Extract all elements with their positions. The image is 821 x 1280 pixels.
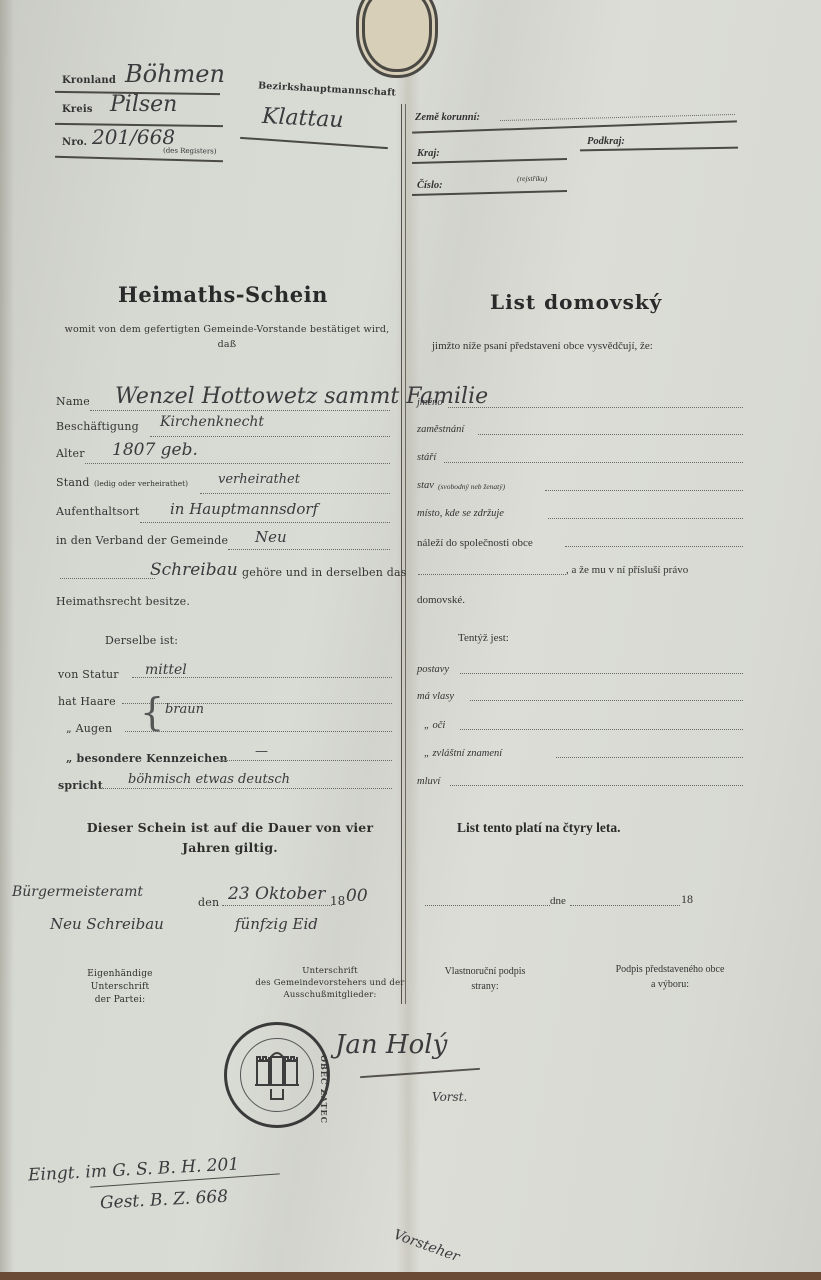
- residence-value: in Hauptmannsdorf: [170, 500, 318, 518]
- cz-mayor-label-line1: Podpis představeného obce: [595, 962, 745, 977]
- zamestnani-line: [478, 434, 743, 435]
- nro-value: 201/668: [92, 125, 175, 149]
- mluvi-line: [450, 785, 743, 786]
- jmeno-line: [448, 407, 743, 408]
- status-value: verheirathet: [218, 472, 300, 487]
- hair-label: hat Haare: [58, 695, 116, 708]
- speaks-label: spricht: [58, 779, 103, 792]
- czech-intro: jimžto níže psaní představení obce vysvě…: [432, 340, 653, 352]
- stamp-text: OBEC ZATEC: [319, 1055, 329, 1124]
- eyes-label: „ Augen: [66, 722, 112, 735]
- name-line: [90, 410, 390, 411]
- community-line: [228, 549, 390, 550]
- kronland-label: Kronland: [62, 75, 116, 86]
- znameni-line: [556, 757, 743, 758]
- marks-value: —: [255, 744, 268, 759]
- german-intro: womit von dem gefertigten Gemeinde-Vorst…: [62, 322, 392, 352]
- german-mayor-signature-label: Unterschrift des Gemeindevorstehers und …: [255, 965, 405, 1001]
- table-surface: [0, 1272, 821, 1280]
- stari-label: stáří: [417, 452, 436, 463]
- year-prefix: 18: [330, 894, 345, 908]
- occupation-label: Beschäftigung: [56, 420, 139, 433]
- brace-icon: {: [140, 690, 164, 734]
- stav-label: stav: [417, 480, 434, 491]
- cislo-suffix: (rejstříku): [517, 174, 547, 183]
- place-line-cz: [425, 905, 550, 906]
- stature-line: [132, 677, 392, 678]
- stature-label: von Statur: [58, 668, 119, 681]
- czech-party-signature-label: Vlastnoruční podpis strany:: [425, 964, 545, 994]
- nalezi-line: [565, 546, 743, 547]
- oci-label: „ oči: [424, 720, 445, 731]
- jmeno-label: jméno: [417, 397, 443, 408]
- castle-towers-svg: [251, 1047, 303, 1103]
- derselbe-ist: Derselbe ist:: [105, 634, 178, 647]
- mayor-label-line2: des Gemeindevorstehers und der: [255, 977, 405, 989]
- dne-line: [570, 905, 680, 906]
- speaks-line: [100, 788, 392, 789]
- german-title: Heimaths-Schein: [118, 282, 328, 307]
- continuation-text-cz: , a že mu v ní přísluší právo: [566, 564, 688, 576]
- age-value: 1807 geb.: [112, 440, 198, 460]
- paper-shadow: [0, 0, 14, 1274]
- cislo-label: Číslo:: [417, 180, 443, 191]
- eyes-line: [125, 731, 392, 732]
- age-line: [85, 463, 390, 464]
- status-label: Stand: [56, 476, 90, 489]
- mayor-label-line1: Unterschrift: [255, 965, 405, 977]
- nalezi-label: náleží do společnosti obce: [417, 537, 533, 549]
- misto-line: [548, 518, 743, 519]
- oci-line: [460, 729, 743, 730]
- marks-label: „ besondere Kennzeichen: [66, 752, 228, 765]
- community-value: Neu: [255, 528, 287, 546]
- place-line2-right: fünfzig Eid: [235, 915, 318, 933]
- mayor-label-line3: Ausschußmitglieder:: [255, 989, 405, 1001]
- german-validity: Dieser Schein ist auf die Dauer von vier…: [70, 818, 390, 858]
- place-line2-left: Neu Schreibau: [50, 915, 164, 933]
- mayor-title: Vorst.: [432, 1090, 467, 1104]
- place-value: Bürgermeisteramt: [12, 884, 143, 900]
- stav-line: [545, 490, 743, 491]
- status-label-note: (ledig oder verheirathet): [94, 479, 188, 488]
- municipal-stamp: OBEC ZATEC: [224, 1022, 330, 1128]
- kreis-label: Kreis: [62, 104, 93, 115]
- mayor-signature: Jan Holý: [335, 1030, 447, 1060]
- vlasy-line: [470, 700, 743, 701]
- stature-value: mittel: [145, 662, 187, 678]
- continuation-value: Schreibau: [150, 560, 238, 580]
- mluvi-label: mluví: [417, 776, 440, 787]
- residence-label: Aufenthaltsort: [56, 505, 139, 518]
- status-line: [200, 493, 390, 494]
- party-label-line1: Eigenhändige Unterschrift: [60, 968, 180, 994]
- kraj-label: Kraj:: [417, 148, 440, 159]
- residence-line: [140, 522, 390, 523]
- year-suffix: 00: [346, 886, 368, 906]
- stav-label-note: (svobodný neb ženatý): [438, 482, 505, 491]
- dne-label: dne: [550, 895, 566, 907]
- zamestnani-label: zaměstnání: [417, 424, 464, 435]
- paper-fold: [396, 0, 420, 1274]
- year-prefix-cz: 18: [681, 892, 693, 907]
- marks-line: [218, 760, 392, 761]
- nro-label: Nro.: [62, 137, 87, 148]
- hair-eyes-value: braun: [165, 702, 204, 717]
- podkraj-label: Podkraj:: [587, 136, 625, 147]
- occupation-value: Kirchenknecht: [160, 414, 264, 430]
- tentyz-jest: Tentýž jest:: [458, 632, 509, 644]
- continuation-line: [60, 578, 155, 579]
- date-value: 23 Oktober: [228, 884, 325, 904]
- stari-line: [444, 462, 743, 463]
- column-divider: [401, 104, 406, 1004]
- nro-suffix: (des Registers): [163, 147, 217, 156]
- czech-validity: List tento platí na čtyry leta.: [457, 820, 620, 836]
- age-label: Alter: [56, 447, 85, 460]
- name-label: Name: [56, 395, 90, 408]
- kreis-value: Pilsen: [110, 92, 177, 117]
- cz-party-label-line2: strany:: [425, 979, 545, 994]
- den-label: den: [198, 896, 219, 909]
- vlasy-label: má vlasy: [417, 691, 454, 702]
- speaks-value: böhmisch etwas deutsch: [128, 772, 290, 787]
- znameni-label: „ zvláštní znamení: [424, 748, 502, 759]
- domovske-text: domovské.: [417, 594, 465, 606]
- kronland-value: Böhmen: [125, 60, 225, 88]
- community-label: in den Verband der Gemeinde: [56, 534, 228, 547]
- czech-title: List domovský: [490, 290, 662, 314]
- cz-party-label-line1: Vlastnoruční podpis: [425, 964, 545, 979]
- cz-mayor-label-line2: a výboru:: [595, 977, 745, 992]
- continuation-text: gehöre und in derselben das: [242, 566, 407, 579]
- date-line: [222, 905, 332, 906]
- occupation-line: [150, 436, 390, 437]
- czech-mayor-signature-label: Podpis představeného obce a výboru:: [595, 962, 745, 992]
- bezirk-value: Klattau: [261, 104, 344, 133]
- postavy-label: postavy: [417, 664, 449, 675]
- continuation-line-cz: [418, 574, 566, 575]
- castle-towers-icon: [240, 1038, 314, 1112]
- misto-label: místo, kde se zdržuje: [417, 508, 504, 519]
- party-label-line2: der Partei:: [60, 994, 180, 1007]
- heimathsrecht-text: Heimathsrecht besitze.: [56, 595, 190, 608]
- zeme-label: Země korunní:: [415, 112, 480, 123]
- german-party-signature-label: Eigenhändige Unterschrift der Partei:: [60, 968, 180, 1007]
- postavy-line: [460, 673, 743, 674]
